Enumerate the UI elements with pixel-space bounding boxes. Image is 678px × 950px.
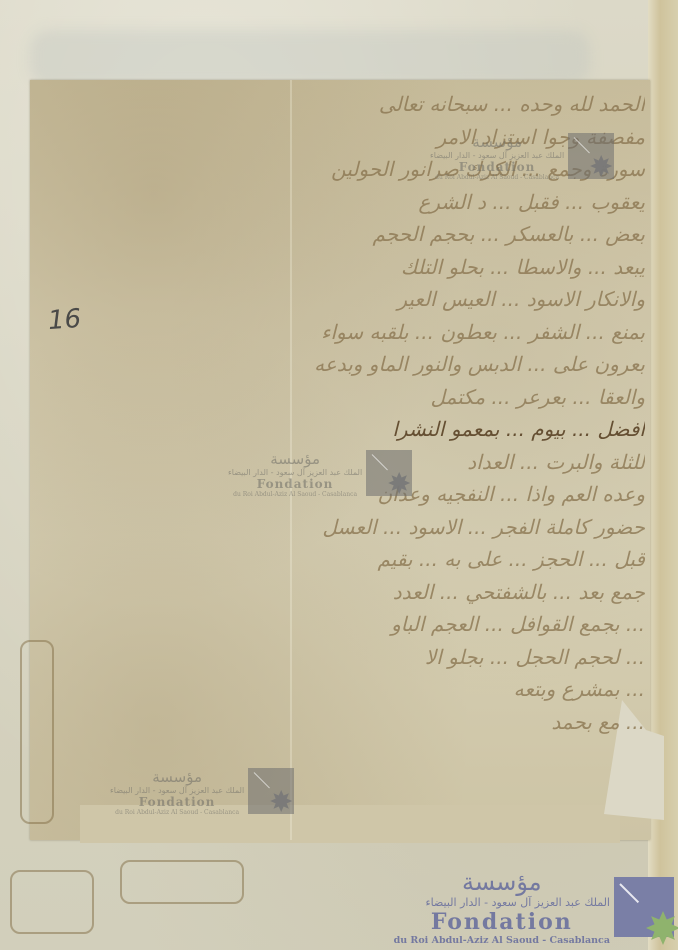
- text-line: جمع بعد ... بالشفتحي ... العدد: [55, 576, 645, 609]
- paper-damage-curl: [120, 860, 244, 904]
- text-line: افضل ... بيوم ... بمعمو النشرا: [55, 413, 645, 446]
- water-stain: [30, 30, 590, 85]
- text-line: بعرون على ... الدبس والنور الماو وبدعه: [55, 348, 645, 381]
- text-line: ... بجمع القوافل ... العجم الباو: [55, 608, 645, 641]
- paper-damage-curl: [20, 640, 54, 824]
- watermark-arabic-subtitle: الملك عبد العزيز آل سعود - الدار البيضاء: [228, 468, 362, 477]
- watermark: مؤسسة الملك عبد العزيز آل سعود - الدار ا…: [228, 450, 412, 498]
- watermark-arabic-subtitle: الملك عبد العزيز آل سعود - الدار البيضاء: [430, 151, 564, 160]
- logo-french-title: Fondation: [394, 909, 610, 935]
- watermark-french-subtitle: du Roi Abdul-Aziz Al Saoud - Casablanca: [228, 491, 362, 498]
- watermark-arabic-title: مؤسسة: [430, 133, 564, 151]
- foundation-emblem-icon: [614, 877, 674, 937]
- logo-french-subtitle: du Roi Abdul-Aziz Al Saoud - Casablanca: [394, 935, 610, 946]
- watermark-french-title: Fondation: [228, 477, 362, 491]
- manuscript-text: الحمد لله وحده ... سبحانه تعالى مفصفة وج…: [55, 88, 645, 738]
- watermark: مؤسسة الملك عبد العزيز آل سعود - الدار ا…: [430, 133, 614, 181]
- watermark-arabic-title: مؤسسة: [228, 450, 362, 468]
- foundation-emblem-icon: [568, 133, 614, 179]
- text-line: بمنع ... الشفر ... بعطون ... بلقبه سواء: [55, 316, 645, 349]
- watermark-arabic-title: مؤسسة: [110, 768, 244, 786]
- watermark-french-subtitle: du Roi Abdul-Aziz Al Saoud - Casablanca: [430, 174, 564, 181]
- watermark-french-title: Fondation: [110, 795, 244, 809]
- watermark-french-title: Fondation: [430, 160, 564, 174]
- watermark-french-subtitle: du Roi Abdul-Aziz Al Saoud - Casablanca: [110, 809, 244, 816]
- text-line: بعض ... بالعسكر ... بحجم الحجم: [55, 218, 645, 251]
- text-line: يعقوب ... فقبل ... د الشرع: [55, 186, 645, 219]
- foundation-emblem-icon: [248, 768, 294, 814]
- text-line: ... لحجم الحجل ... بجلو الا: [55, 641, 645, 674]
- logo-arabic-subtitle: الملك عبد العزيز آل سعود - الدار البيضاء: [394, 896, 610, 909]
- watermark: مؤسسة الملك عبد العزيز آل سعود - الدار ا…: [110, 768, 294, 816]
- logo-arabic-title: مؤسسة: [394, 868, 610, 896]
- foundation-logo: مؤسسة الملك عبد العزيز آل سعود - الدار ا…: [394, 868, 674, 946]
- foundation-emblem-icon: [366, 450, 412, 496]
- text-line: يبعد ... والاسطا ... بحلو التلك: [55, 251, 645, 284]
- text-line: ... بمشرع وبتعه: [55, 673, 645, 706]
- text-line: قبل ... الحجز ... على به ... بقيم: [55, 543, 645, 576]
- text-line: ... مع بحمد: [55, 706, 645, 739]
- text-line: الحمد لله وحده ... سبحانه تعالى: [55, 88, 645, 121]
- text-line: حضور كاملة الفجر ... الاسود ... العسل: [55, 511, 645, 544]
- text-line: والانكار الاسود ... العيس العير: [55, 283, 645, 316]
- paper-damage-curl: [10, 870, 94, 934]
- text-line: والعقا ... بعرعر ... مكتمل: [55, 381, 645, 414]
- watermark-arabic-subtitle: الملك عبد العزيز آل سعود - الدار البيضاء: [110, 786, 244, 795]
